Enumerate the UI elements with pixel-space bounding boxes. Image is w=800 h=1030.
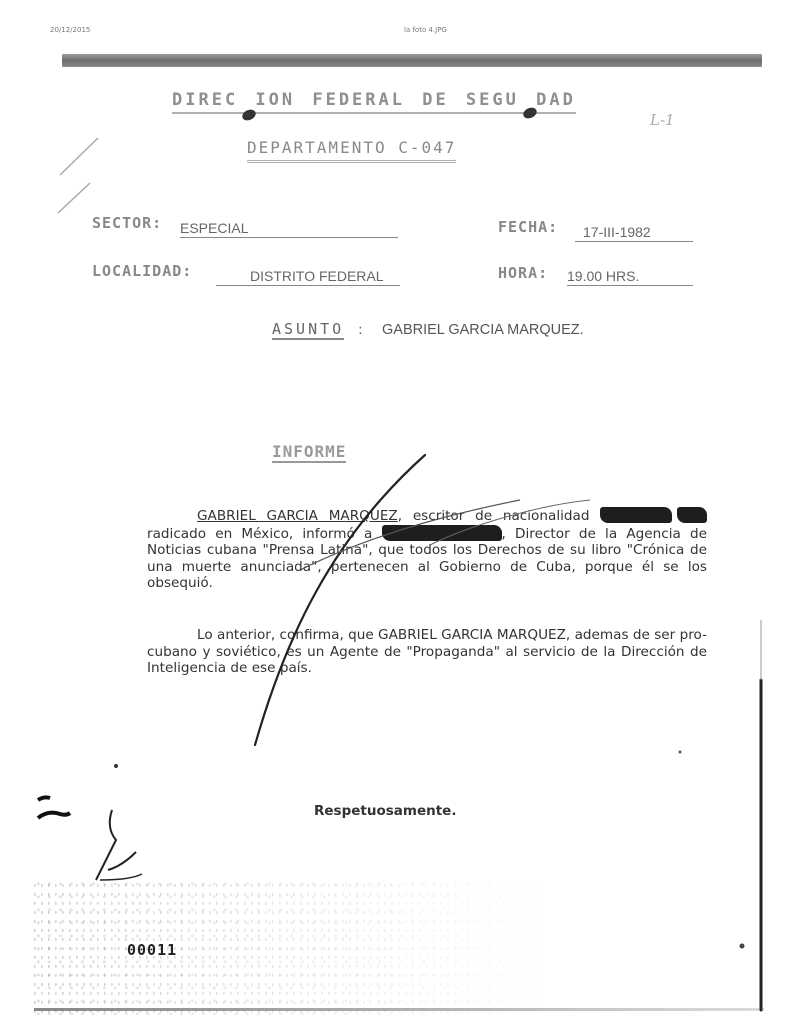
sector-label: SECTOR: bbox=[92, 214, 162, 232]
section-heading: INFORME bbox=[272, 442, 346, 463]
hora-label: HORA: bbox=[498, 264, 548, 282]
sector-value: ESPECIAL bbox=[180, 220, 398, 238]
subject-name: GABRIEL GARCIA MARQUEZ bbox=[197, 508, 398, 524]
page-mark: L-1 bbox=[650, 111, 675, 129]
closing-text: Respetuosamente. bbox=[314, 803, 456, 819]
hora-value: 19.00 HRS. bbox=[567, 268, 693, 286]
scan-bottom-edge bbox=[34, 1008, 764, 1011]
agency-title: DIREC ION FEDERAL DE SEGU DAD bbox=[172, 90, 576, 114]
localidad-label: LOCALIDAD: bbox=[92, 262, 192, 280]
asunto-label: ASUNTO bbox=[272, 320, 344, 340]
report-paragraph-2: Lo anterior, confirma, que GABRIEL GARCI… bbox=[147, 627, 707, 677]
asunto-value: GABRIEL GARCIA MARQUEZ. bbox=[382, 322, 584, 338]
redaction-block bbox=[677, 507, 707, 523]
department-title: DEPARTAMENTO C-047 bbox=[247, 138, 456, 163]
document-page: DIREC ION FEDERAL DE SEGU DAD L-1 DEPART… bbox=[0, 0, 800, 1030]
redaction-block bbox=[600, 507, 672, 523]
redaction-block bbox=[382, 525, 502, 541]
folio-number: 00011 bbox=[127, 941, 177, 959]
report-paragraph-1: GABRIEL GARCIA MARQUEZ, escritor de naci… bbox=[147, 507, 707, 592]
localidad-value: DISTRITO FEDERAL bbox=[216, 268, 400, 286]
fecha-label: FECHA: bbox=[498, 218, 558, 236]
fecha-value: 17-III-1982 bbox=[575, 224, 693, 242]
asunto-separator: : bbox=[358, 322, 363, 338]
